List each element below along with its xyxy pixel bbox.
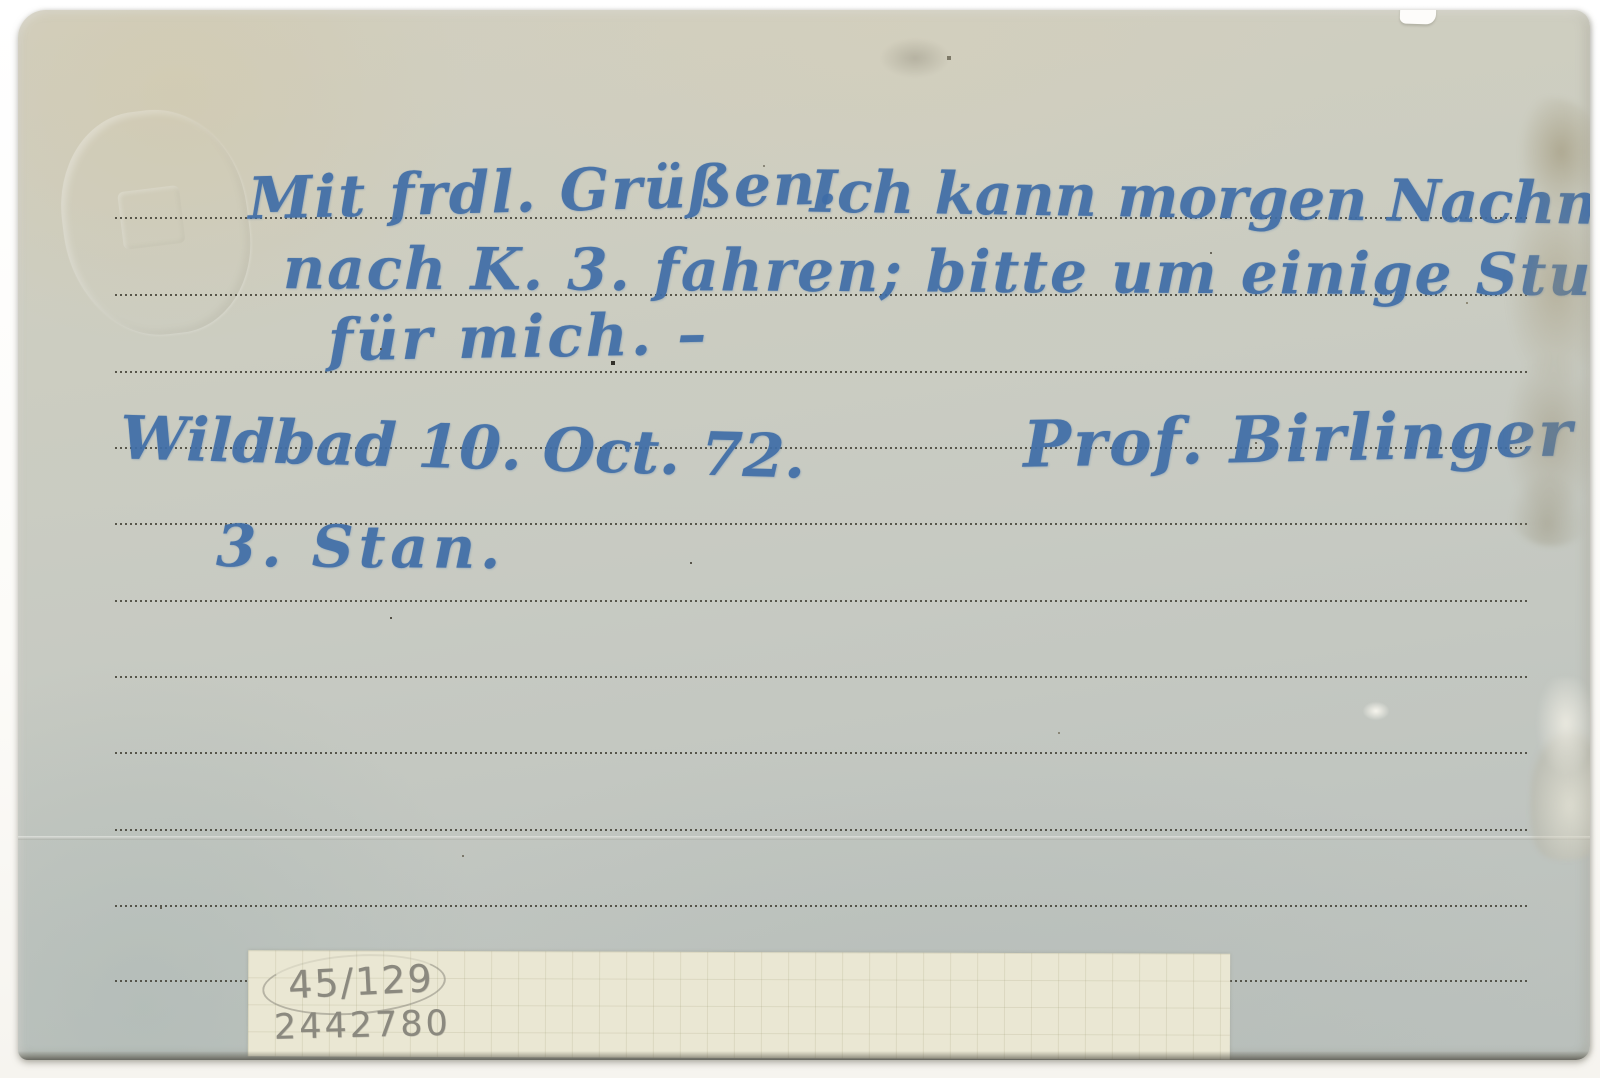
ruled-line: [115, 676, 1530, 678]
crease-line: [18, 836, 1590, 840]
edge-nick: [1400, 10, 1437, 25]
handwriting-place-line: 3. Stan.: [216, 517, 506, 577]
postcard: Mit frdl. Grüßen. Ich kann morgen Nachmi…: [18, 10, 1590, 1060]
handwriting-message-line3: für mich. –: [328, 305, 710, 370]
ruled-line: [115, 905, 1530, 907]
handwriting-greeting: Mit frdl. Grüßen.: [247, 154, 840, 227]
archive-label: 45/129 2442780: [248, 950, 1230, 1059]
handwriting-dateline: Wildbad 10. Oct. 72.: [119, 408, 806, 487]
stain-right-edge-lower: [1530, 678, 1590, 860]
embossed-seal: [50, 100, 261, 346]
stain-right-edge-upper: [1506, 98, 1590, 546]
ruled-line: [115, 371, 1530, 373]
ruled-line: [115, 829, 1530, 831]
catalog-number: 45/129: [287, 959, 434, 1004]
handwriting-signature: Prof. Birlinger: [1022, 402, 1574, 478]
ruled-line: [115, 600, 1530, 602]
handwriting-message-line2: nach K. 3. fahren; bitte um einige Stund…: [283, 239, 1590, 305]
page-background: Mit frdl. Grüßen. Ich kann morgen Nachmi…: [0, 0, 1600, 1078]
handwriting-message-line1: Ich kann morgen Nachmittag: [810, 162, 1590, 235]
paper-specks: [18, 10, 20, 12]
ruled-line: [115, 752, 1530, 754]
inventory-number: 2442780: [274, 1007, 452, 1046]
smudge-mark: [880, 38, 950, 78]
paper-fleck: [1363, 702, 1389, 720]
